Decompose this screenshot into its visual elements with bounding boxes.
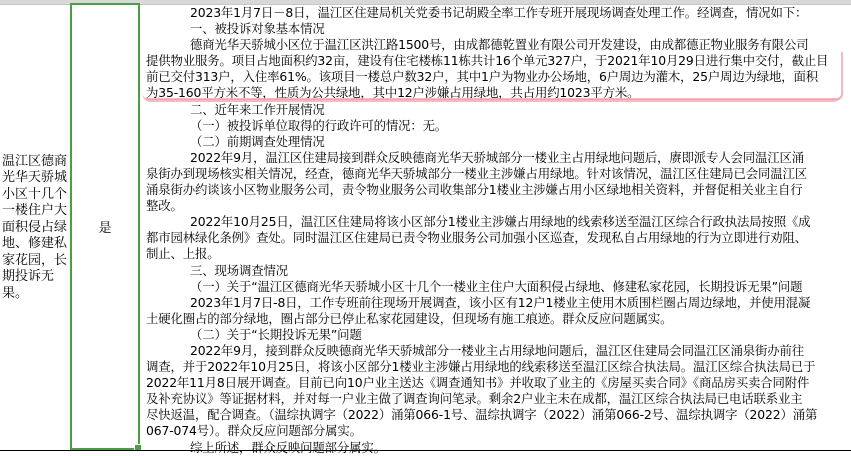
report-line: 2023年1月7日-8日，工作专班前往现场开展调查，该小区有12户1楼业主使用木… [146, 295, 846, 311]
report-line: 前已交付313户，入住率61%。该项目一楼总户数32户，其中1户为物业办公场地，… [146, 69, 846, 85]
report-line: 067-074号）。群众反应问题部分属实。 [146, 423, 846, 439]
complaint-text: 温江区德商光华天骄城小区十几个一楼住户大面积侵占绿地、修建私家花园，长期投诉无果… [0, 154, 68, 303]
cell-complaint[interactable]: 温江区德商光华天骄城小区十几个一楼住户大面积侵占绿地、修建私家花园，长期投诉无果… [0, 5, 70, 451]
spreadsheet-row: 温江区德商光华天骄城小区十几个一楼住户大面积侵占绿地、修建私家花园，长期投诉无果… [0, 0, 851, 456]
report-line: 一、被投诉对象基本情况 [146, 21, 846, 37]
report-line: 2022年9月，温江区住建局接到群众反映德商光华天骄城部分一楼业主占用绿地问题后… [146, 150, 846, 166]
report-line: 提供物业服务。项目占地面积约32亩，建设有住宅楼栋11栋共计16个单元327户，… [146, 53, 846, 69]
report-line: 2023年1月7日－8日，温江区住建局机关党委书记胡殿全率工作专班开展现场调查处… [146, 5, 846, 21]
report-line: 制止、上报。 [146, 246, 846, 262]
report-line: 三、现场调查情况 [146, 263, 846, 279]
report-line: 土硬化圈占的部分绿地，圈占部分已停止私家花园建设，但现场有施工痕迹。群众反应问题… [146, 311, 846, 327]
report-line: 尽快返温，配合调查。（温综执调字（2022）涌第066-1号、温综执调字（202… [146, 407, 846, 423]
report-line: （一）关于“温江区德商光华天骄城小区十几个一楼业主住户大面积侵占绿地、修建私家花… [146, 279, 846, 295]
report-line: 2022年9月，接到群众反映德商光华天骄城部分一楼业主占用绿地问题后，温江区住建… [146, 343, 846, 359]
report-line: （二）前期调查处理情况 [146, 134, 846, 150]
report-line: （二）关于“长期投诉无果”问题 [146, 327, 846, 343]
cell-report[interactable]: 2023年1月7日－8日，温江区住建局机关党委书记胡殿全率工作专班开展现场调查处… [146, 5, 846, 451]
report-line: 泉街办到现场核实相关情况，经查，德商光华天骄城部分一楼业主涉嫌占用绿地。针对该情… [146, 166, 846, 182]
report-line: 二、近年来工作开展情况 [146, 102, 846, 118]
cell-flag-selected[interactable]: 是 [70, 3, 140, 450]
report-line: 2022年11月8日展开调查。目前已向10户业主送达《调查通知书》并收取了业主的… [146, 375, 846, 391]
report-line: 整改。 [146, 198, 846, 214]
report-line: 2022年10月25日，温江区住建局将该小区部分1楼业主涉嫌占用绿地的线索移送至… [146, 214, 846, 230]
report-line: 德商光华天骄城小区位于温江区洪江路1500号，由成都德乾置业有限公司开发建设，由… [146, 37, 846, 53]
report-line: 都市园林绿化条例》查处。同时温江区住建局已责令物业服务公司加强小区巡查，发现私自… [146, 230, 846, 246]
flag-text: 是 [98, 217, 111, 236]
row-bottom-border [0, 450, 851, 451]
report-line: （一）被投诉单位取得的行政许可的情况：无。 [146, 118, 846, 134]
report-line: 及补充协议》等证据材料，并对每一户业主做了调查询问笔录。剩余2户业主未在成都，温… [146, 391, 846, 407]
report-line: 综上所述，群众反映问题部分属实。 [146, 440, 846, 456]
report-line: 涌泉街办约谈该小区物业服务公司，责令物业服务公司收集部分1楼业主涉嫌占用小区绿地… [146, 182, 846, 198]
report-line: 为35-160平方米不等，性质为公共绿地，其中12户涉嫌占用绿地，共占用约102… [146, 85, 846, 101]
report-line: 调查，并于2022年10月25日，将该小区部分1楼业主涉嫌占用绿地的线索移送至温… [146, 359, 846, 375]
